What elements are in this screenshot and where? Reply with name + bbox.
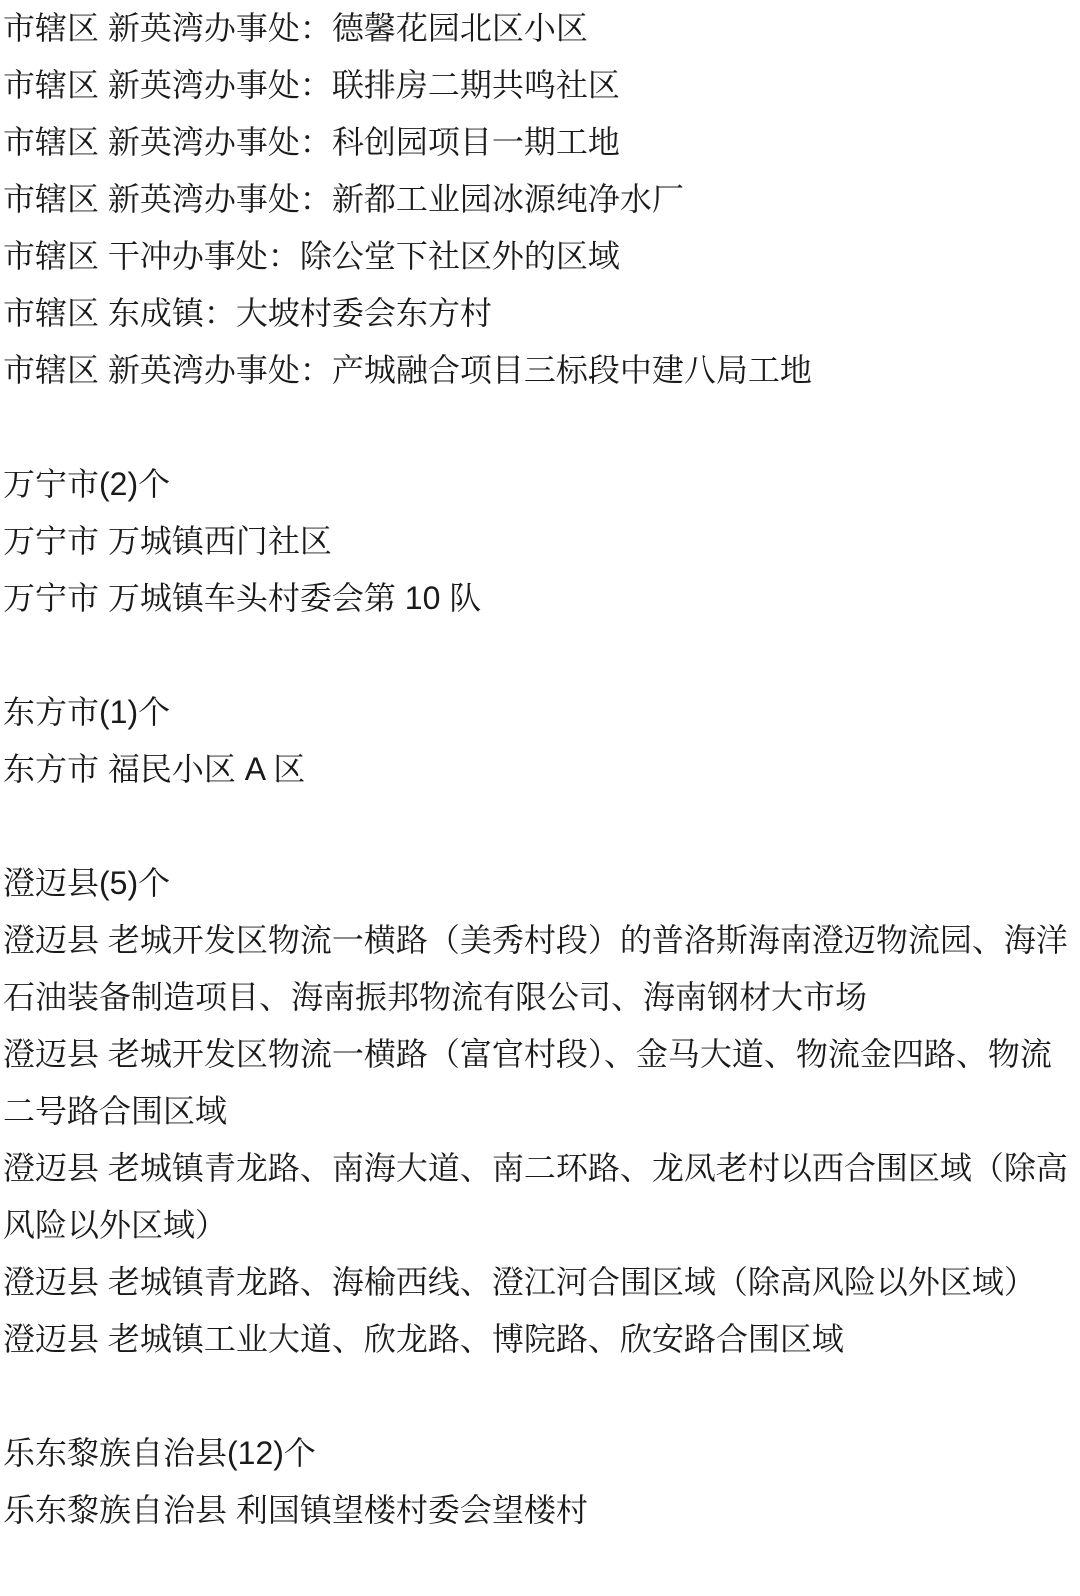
section-header: 乐东黎族自治县(12)个: [3, 1425, 1080, 1482]
section-wanning: 万宁市(2)个 万宁市 万城镇西门社区 万宁市 万城镇车头村委会第 10 队: [3, 456, 1080, 627]
list-item: 市辖区 新英湾办事处：联排房二期共鸣社区: [3, 57, 1080, 114]
list-item: 东方市 福民小区 A 区: [3, 741, 1080, 798]
list-item: 万宁市 万城镇西门社区: [3, 513, 1080, 570]
list-item: 市辖区 新英湾办事处：科创园项目一期工地: [3, 114, 1080, 171]
section-dongfang: 东方市(1)个 东方市 福民小区 A 区: [3, 684, 1080, 798]
list-item: 澄迈县 老城镇青龙路、海榆西线、澄江河合围区域（除高风险以外区域）: [3, 1254, 1080, 1311]
list-item: 市辖区 东成镇：大坡村委会东方村: [3, 285, 1080, 342]
list-item: 市辖区 新英湾办事处：产城融合项目三标段中建八局工地: [3, 342, 1080, 399]
list-item: 万宁市 万城镇车头村委会第 10 队: [3, 570, 1080, 627]
risk-area-list-document: 市辖区 新英湾办事处：德馨花园北区小区 市辖区 新英湾办事处：联排房二期共鸣社区…: [0, 0, 1080, 1539]
section-chengmai: 澄迈县(5)个 澄迈县 老城开发区物流一横路（美秀村段）的普洛斯海南澄迈物流园、…: [3, 855, 1080, 1368]
list-item: 乐东黎族自治县 利国镇望楼村委会望楼村: [3, 1482, 1080, 1539]
section-shixiaqu: 市辖区 新英湾办事处：德馨花园北区小区 市辖区 新英湾办事处：联排房二期共鸣社区…: [3, 0, 1080, 399]
section-ledong: 乐东黎族自治县(12)个 乐东黎族自治县 利国镇望楼村委会望楼村: [3, 1425, 1080, 1539]
list-item: 澄迈县 老城镇青龙路、南海大道、南二环路、龙凤老村以西合围区域（除高风险以外区域…: [3, 1140, 1080, 1254]
section-header: 东方市(1)个: [3, 684, 1080, 741]
list-item: 市辖区 干冲办事处：除公堂下社区外的区域: [3, 228, 1080, 285]
list-item: 市辖区 新英湾办事处：新都工业园冰源纯净水厂: [3, 171, 1080, 228]
list-item: 澄迈县 老城开发区物流一横路（美秀村段）的普洛斯海南澄迈物流园、海洋石油装备制造…: [3, 912, 1080, 1026]
list-item: 澄迈县 老城镇工业大道、欣龙路、博院路、欣安路合围区域: [3, 1311, 1080, 1368]
list-item: 澄迈县 老城开发区物流一横路（富官村段）、金马大道、物流金四路、物流二号路合围区…: [3, 1026, 1080, 1140]
section-header: 万宁市(2)个: [3, 456, 1080, 513]
section-header: 澄迈县(5)个: [3, 855, 1080, 912]
list-item: 市辖区 新英湾办事处：德馨花园北区小区: [3, 0, 1080, 57]
